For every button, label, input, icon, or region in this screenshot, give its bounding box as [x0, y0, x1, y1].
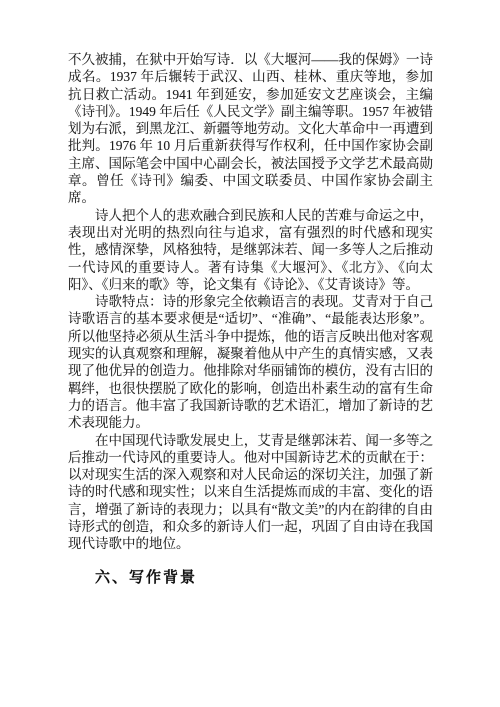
section-heading-writing-background: 六、写作背景	[95, 570, 433, 587]
document-page: 不久被捕，在狱中开始写诗．以《大堰河——我的保姆》一诗成名。1937 年后辗转于…	[0, 0, 500, 707]
paragraph-biography: 不久被捕，在狱中开始写诗．以《大堰河——我的保姆》一诗成名。1937 年后辗转于…	[68, 51, 433, 207]
paragraph-contribution: 在中国现代诗歌发展史上，艾青是继郭沫若、闻一多等之后推动一代诗风的重要诗人。他对…	[68, 432, 433, 553]
document-body: 不久被捕，在狱中开始写诗．以《大堰河——我的保姆》一诗成名。1937 年后辗转于…	[68, 51, 433, 587]
paragraph-poet-style: 诗人把个人的悲欢融合到民族和人民的苦难与命运之中，表现出对光明的热烈向往与追求，…	[68, 207, 433, 293]
paragraph-poetry-features: 诗歌特点：诗的形象完全依赖语言的表现。艾青对于自己诗歌语言的基本要求便是“适切”…	[68, 293, 433, 431]
